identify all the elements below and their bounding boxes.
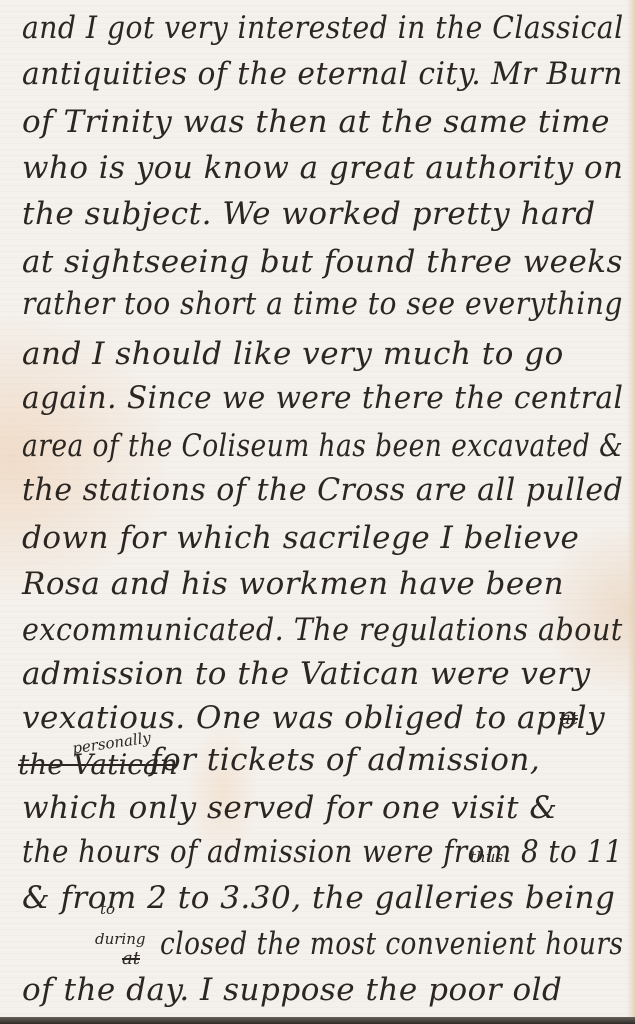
insertion-to: to <box>100 900 115 918</box>
letter-line-22: of the day. I suppose the poor old <box>22 972 562 1008</box>
letter-line-15: admission to the Vatican were very <box>22 656 591 692</box>
insertion-during: during <box>95 930 146 948</box>
letter-line-13: Rosa and his workmen have been <box>22 566 564 602</box>
letter-line-21: closed the most convenient hours <box>160 926 623 962</box>
letter-line-2: antiquities of the eternal city. Mr Burn <box>22 56 623 92</box>
letter-line-8: and I should like very much to go <box>22 336 564 372</box>
letter-line-19: the hours of admission were from 8 to 11 <box>22 834 623 870</box>
letter-line-17: for tickets of admission, <box>150 742 540 778</box>
letter-line-6: at sightseeing but found three weeks <box>22 244 623 280</box>
letter-line-10: area of the Coliseum has been excavated … <box>22 428 623 464</box>
struck-word-at-closed: at <box>122 948 140 969</box>
letter-line-9: again. Since we were there the central <box>22 380 623 416</box>
letter-line-4: who is you know a great authority on <box>22 150 624 186</box>
letter-line-3: of Trinity was then at the same time <box>22 104 610 140</box>
letter-line-16: vexatious. One was obliged to apply <box>22 700 605 736</box>
letter-line-11: the stations of the Cross are all pulled <box>22 472 623 508</box>
letter-line-1: and I got very interested in the Classic… <box>22 10 624 46</box>
insertion-thus: thus <box>470 848 503 866</box>
handwritten-letter: and I got very interested in the Classic… <box>0 0 635 1017</box>
letter-page: and I got very interested in the Classic… <box>0 0 635 1017</box>
letter-line-5: the subject. We worked pretty hard <box>22 196 596 232</box>
letter-line-12: down for which sacrilege I believe <box>22 520 579 556</box>
scan-bottom-edge <box>0 1017 635 1024</box>
letter-line-18: which only served for one visit & <box>22 790 557 826</box>
letter-line-7: rather too short a time to see everythin… <box>22 286 623 322</box>
struck-word-at: at <box>560 708 578 729</box>
struck-word-the-vatican: the Vatican <box>18 748 178 781</box>
letter-line-14: excommunicated. The regulations about <box>22 612 623 648</box>
